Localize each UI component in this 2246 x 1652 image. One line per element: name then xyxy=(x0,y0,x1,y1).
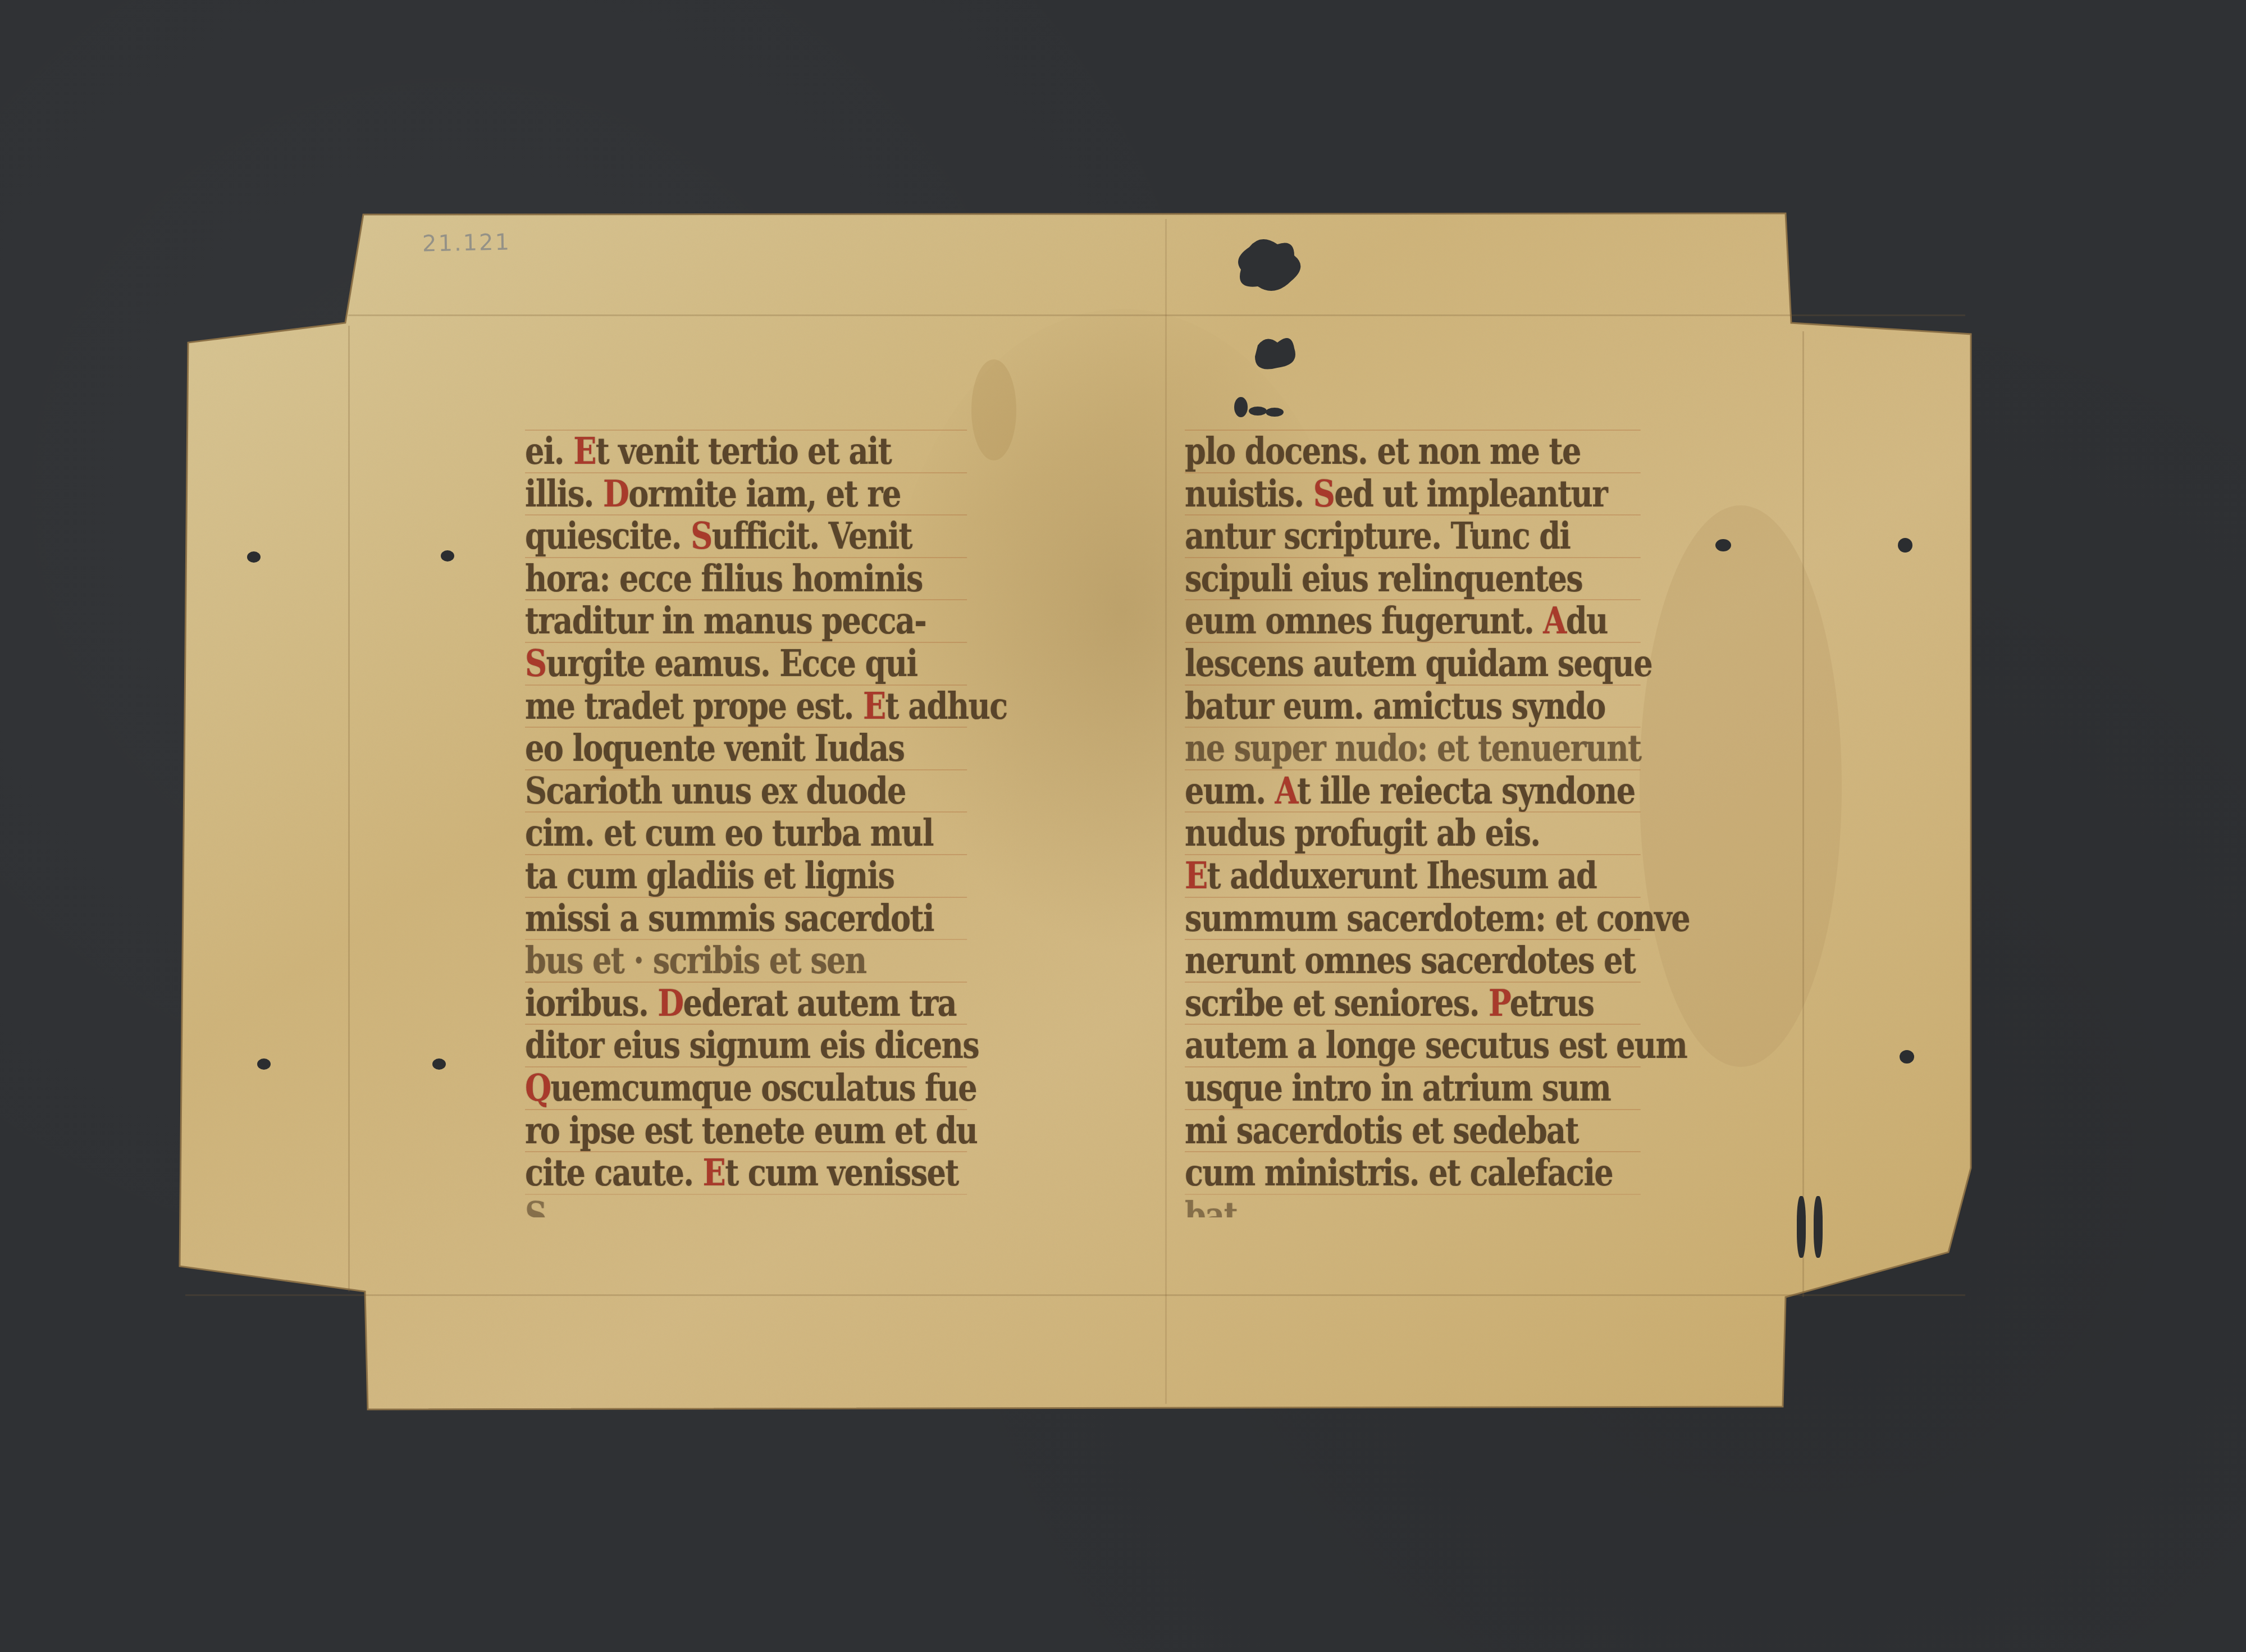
text-line: Et adduxerunt Ihesum ad xyxy=(1185,854,1641,897)
binding-hole xyxy=(247,551,261,563)
binding-hole xyxy=(1900,1050,1914,1064)
text-line: ditor eius signum eis dicens xyxy=(525,1024,967,1066)
text-line-cut: S... xyxy=(525,1194,967,1217)
text-line: antur scripture. Tunc di xyxy=(1185,514,1641,557)
text-line: ta cum gladiis et lignis xyxy=(525,854,967,897)
text-line: Surgite eamus. Ecce qui xyxy=(525,642,967,684)
binding-slit xyxy=(1797,1196,1806,1258)
text-column-left: ei. Et venit tertio et ait illis. Dormit… xyxy=(525,430,1064,1217)
fold-line-top xyxy=(348,314,1965,316)
text-line: batur eum. amictus syndo xyxy=(1185,684,1641,727)
manuscript-fragment: 21.121 ei. Et venit tertio et ait illis.… xyxy=(0,0,2246,1652)
text-line: ei. Et venit tertio et ait xyxy=(525,430,967,472)
text-line: scribe et seniores. Petrus xyxy=(1185,982,1641,1024)
text-line: ne super nudo: et tenuerunt xyxy=(1185,727,1641,769)
text-line: me tradet prope est. Et adhuc xyxy=(525,684,967,727)
text-line: cite caute. Et cum venisset xyxy=(525,1151,967,1194)
text-line: ioribus. Dederat autem tra xyxy=(525,982,967,1024)
binding-hole xyxy=(441,550,454,562)
text-line: nudus profugit ab eis. xyxy=(1185,811,1641,854)
binding-hole xyxy=(257,1058,271,1070)
fold-line-left xyxy=(348,326,350,1292)
binding-hole xyxy=(432,1058,446,1070)
text-line: summum sacerdotem: et conve xyxy=(1185,897,1641,939)
text-line: illis. Dormite iam, et re xyxy=(525,472,967,515)
parchment-shape xyxy=(0,0,2246,1652)
text-line: usque intro in atrium sum xyxy=(1185,1066,1641,1109)
text-line: Quemcumque osculatus fue xyxy=(525,1066,967,1109)
text-line: plo docens. et non me te xyxy=(1185,430,1641,472)
text-line: missi a summis sacerdoti xyxy=(525,897,967,939)
gutter-fold xyxy=(1165,219,1167,1404)
text-line: ro ipse est tenete eum et du xyxy=(525,1109,967,1152)
text-line: cim. et cum eo turba mul xyxy=(525,811,967,854)
text-line: nerunt omnes sacerdotes et xyxy=(1185,939,1641,982)
text-line: hora: ecce filius hominis xyxy=(525,557,967,600)
text-line: lescens autem quidam seque xyxy=(1185,642,1641,684)
text-line: nuistis. Sed ut impleantur xyxy=(1185,472,1641,515)
text-line: mi sacerdotis et sedebat xyxy=(1185,1109,1641,1152)
text-line-cut: bat... xyxy=(1185,1194,1641,1217)
text-line: eum omnes fugerunt. Adu xyxy=(1185,599,1641,642)
text-column-right: plo docens. et non me te nuistis. Sed ut… xyxy=(1185,430,1741,1217)
text-line: traditur in manus pecca- xyxy=(525,599,967,642)
text-line: scipuli eius relinquentes xyxy=(1185,557,1641,600)
text-line: eo loquente venit Iudas xyxy=(525,727,967,769)
text-line: Scarioth unus ex duode xyxy=(525,769,967,812)
fold-line-right xyxy=(1802,331,1804,1297)
accession-number: 21.121 xyxy=(422,230,512,257)
binding-hole xyxy=(1898,538,1912,553)
text-line: cum ministris. et calefacie xyxy=(1185,1151,1641,1194)
text-line: eum. At ille reiecta syndone xyxy=(1185,769,1641,812)
binding-slit xyxy=(1814,1196,1823,1258)
text-line: autem a longe secutus est eum xyxy=(1185,1024,1641,1066)
fold-line-bottom xyxy=(185,1294,1965,1296)
text-line: quiescite. Sufficit. Venit xyxy=(525,514,967,557)
text-line: bus et · scribis et sen xyxy=(525,939,967,982)
